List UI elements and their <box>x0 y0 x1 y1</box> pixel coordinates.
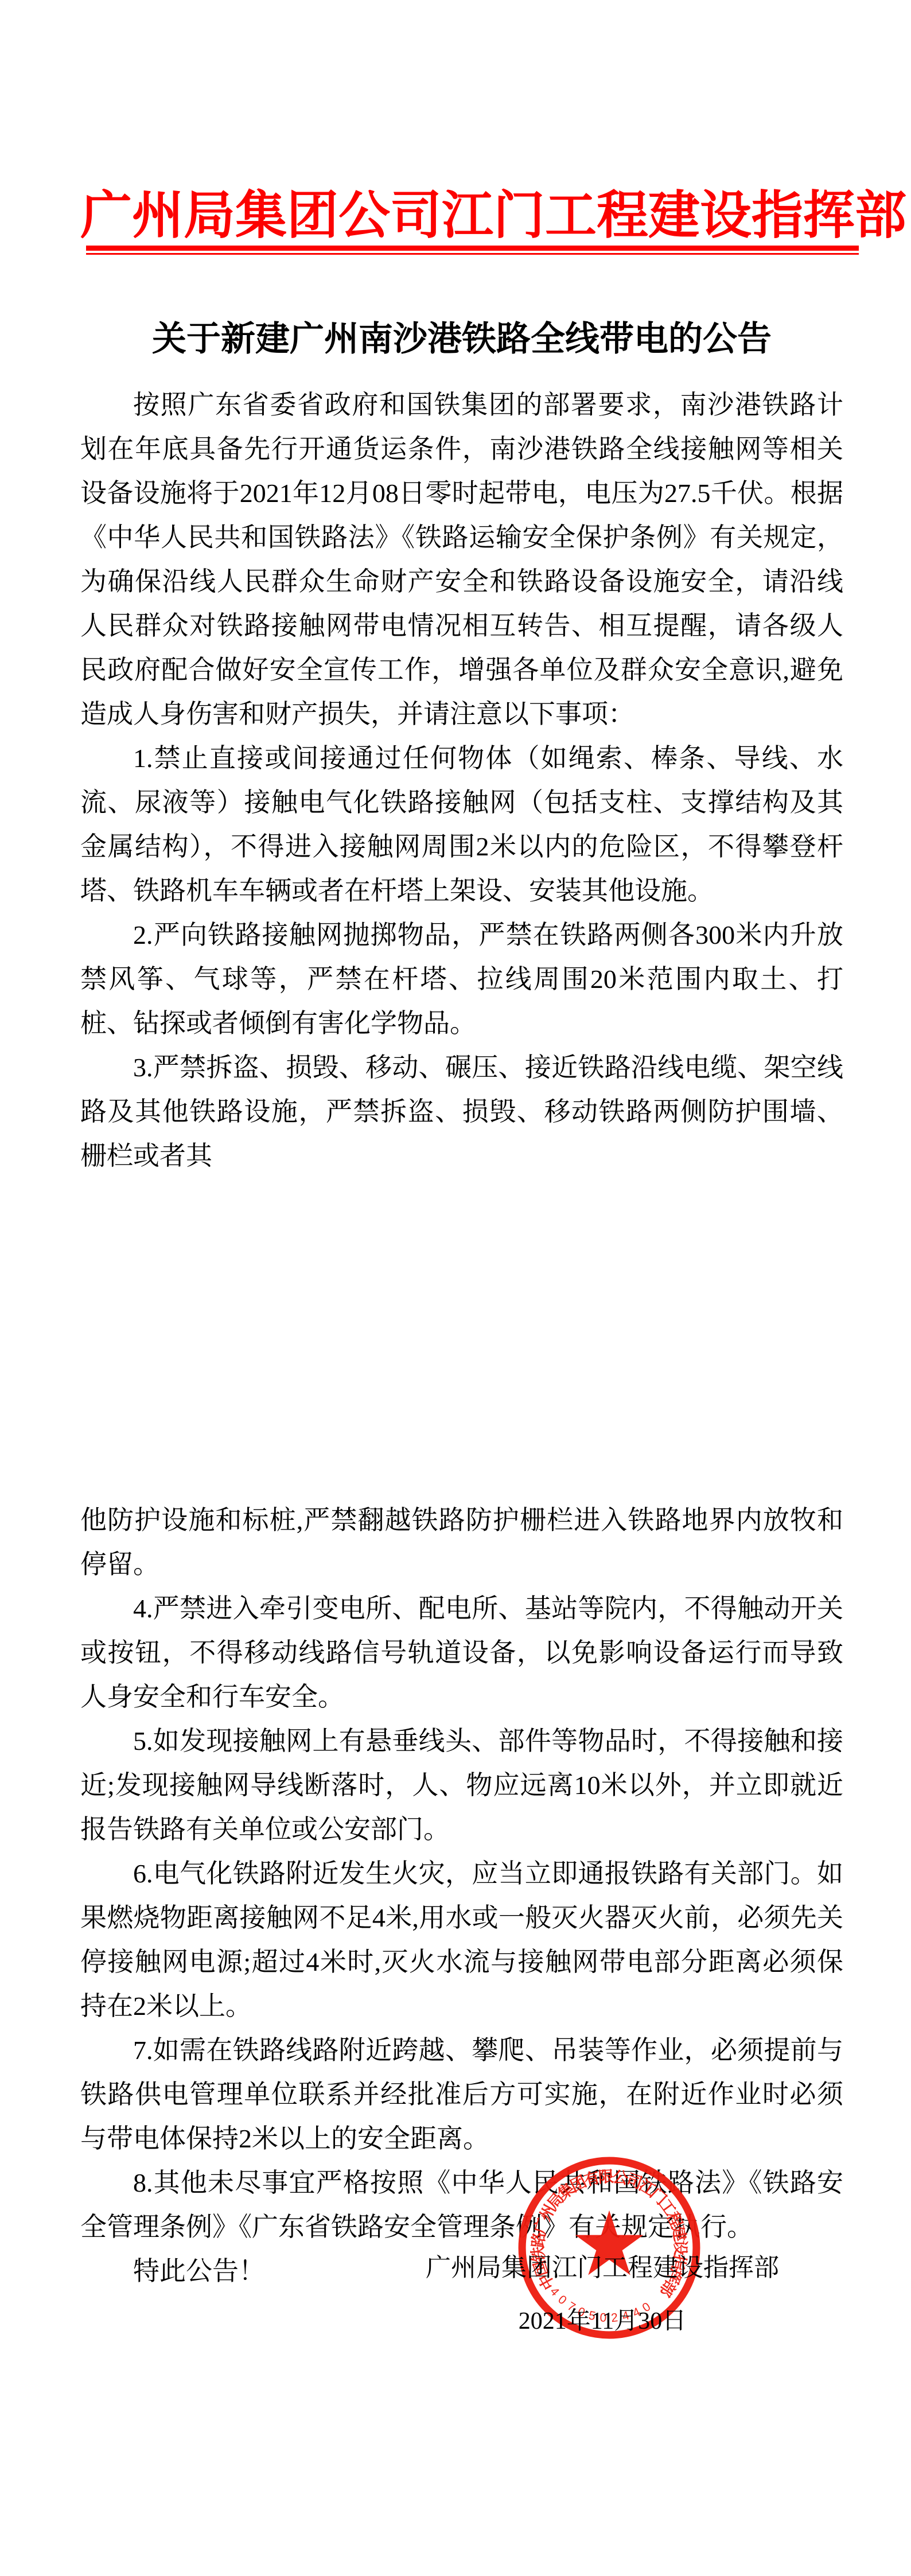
document-title: 关于新建广州南沙港铁路全线带电的公告 <box>80 312 843 361</box>
notice-item-7: 7.如需在铁路线路附近跨越、攀爬、吊装等作业，必须提前与铁路供电管理单位联系并经… <box>80 2028 843 2161</box>
announcement-page: 广州局集团公司江门工程建设指挥部 关于新建广州南沙港铁路全线带电的公告 按照广东… <box>0 0 911 2576</box>
letterhead-title: 广州局集团公司江门工程建设指挥部 <box>80 173 855 248</box>
notice-item-8: 8.其他未尽事宜严格按照《中华人民共和国铁路法》《铁路安全管理条例》《广东省铁路… <box>80 2161 843 2249</box>
signature-block: 广州局集团江门工程建设指挥部 2021年11月30日 <box>344 2247 861 2336</box>
notice-item-3-part1: 3.严禁拆盗、损毁、移动、碾压、接近铁路沿线电缆、架空线路及其他铁路设施，严禁拆… <box>80 1045 843 1178</box>
signature-date: 2021年11月30日 <box>344 2302 861 2336</box>
notice-item-6: 6.电气化铁路附近发生火灾，应当立即通报铁路有关部门。如果燃烧物距离接触网不足4… <box>80 1851 843 2028</box>
notice-item-1: 1.禁止直接或间接通过任何物体（如绳索、棒条、导线、水流、尿液等）接触电气化铁路… <box>80 736 843 913</box>
paragraph-intro: 按照广东省委省政府和国铁集团的部署要求，南沙港铁路计划在年底具备先行开通货运条件… <box>80 383 843 736</box>
letterhead-rule-thin <box>86 253 859 255</box>
page-break-gap <box>80 1178 843 1498</box>
notice-item-4: 4.严禁进入牵引变电所、配电所、基站等院内，不得触动开关或按钮，不得移动线路信号… <box>80 1586 843 1719</box>
notice-item-3-part2: 他防护设施和标桩,严禁翻越铁路防护栅栏进入铁路地界内放牧和停留。 <box>80 1498 843 1586</box>
notice-item-2: 2.严向铁路接触网抛掷物品，严禁在铁路两侧各300米内升放禁风筝、气球等，严禁在… <box>80 913 843 1045</box>
document-body: 按照广东省委省政府和国铁集团的部署要求，南沙港铁路计划在年底具备先行开通货运条件… <box>80 383 843 2293</box>
notice-item-5: 5.如发现接触网上有悬垂线头、部件等物品时，不得接触和接近;发现接触网导线断落时… <box>80 1719 843 1851</box>
letterhead-rule-thick <box>86 246 859 251</box>
signature-org: 广州局集团江门工程建设指挥部 <box>344 2247 861 2283</box>
